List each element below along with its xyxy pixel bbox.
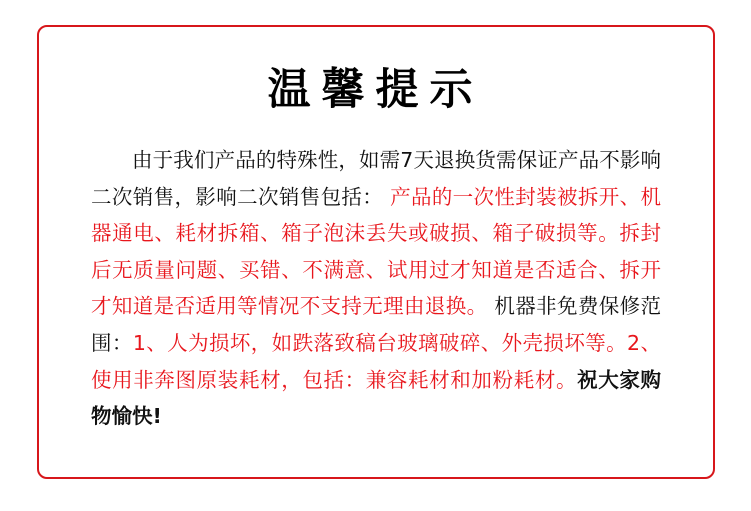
notice-body: 由于我们产品的特殊性，如需7天退换货需保证产品不影响二次销售，影响二次销售包括：…: [91, 142, 661, 435]
notice-warranty-exclusions: 1、人为损坏，如跌落致稿台玻璃破碎、外壳损坏等。2、使用非奔图原装耗材，包括：兼…: [91, 331, 661, 392]
notice-title: 温馨提示: [0, 60, 751, 120]
